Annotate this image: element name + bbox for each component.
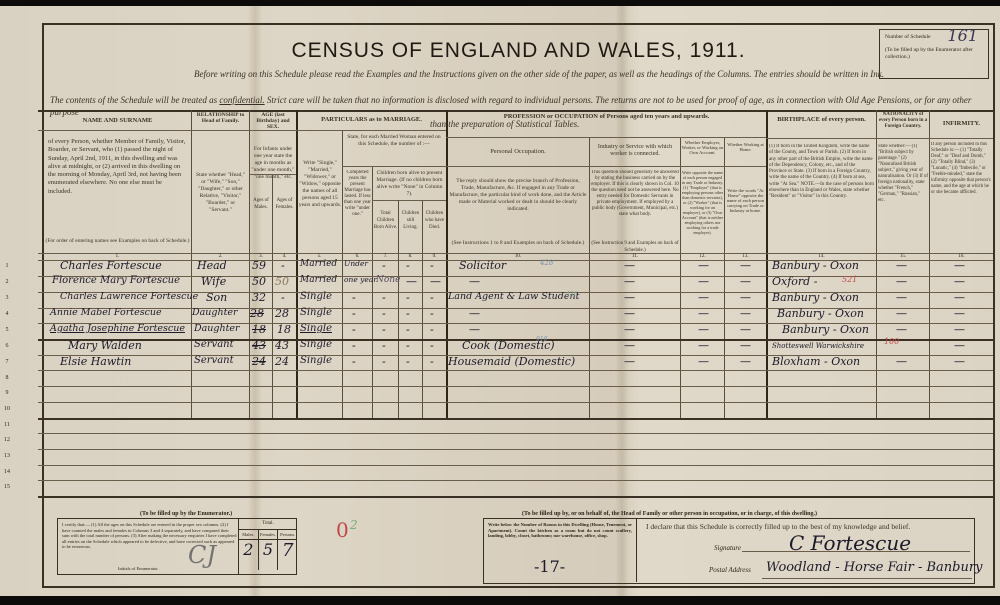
cell-birthplace: Banbury - Oxon	[777, 307, 864, 320]
schedule-number-box: Number of Schedule (To be filled up by t…	[879, 29, 989, 79]
cell-birthplace: Shotteswell Warwickshire	[772, 342, 864, 350]
cell-age-female: 28	[275, 307, 289, 320]
cell-age-female: 43	[275, 339, 289, 352]
document-title: CENSUS OF ENGLAND AND WALES, 1911.	[44, 39, 993, 63]
cell-marital: Single	[300, 291, 332, 302]
cell-birthplace: Banbury - Oxon	[772, 259, 859, 272]
header-marital-desc: Write "Single," "Married," "Widower," or…	[298, 160, 342, 209]
table-row: 1 Charles Fortescue Head 59 - Married Un…	[44, 259, 993, 274]
cell-marital: Married	[300, 275, 337, 285]
header-children-born: Children born alive to present Marriage.…	[373, 170, 446, 198]
cell-birthplace: Bloxham - Oxon	[772, 355, 860, 368]
cell-age-female: 50	[275, 275, 289, 288]
cell-age-male: 50	[252, 275, 266, 288]
cell-occupation: Solicitor	[459, 259, 506, 272]
declaration-text: I declare that this Schedule is correctl…	[646, 522, 910, 531]
header-ages-females: Ages of Females.	[273, 197, 296, 211]
table-row-empty: 13	[44, 449, 993, 464]
table-row-empty: 12	[44, 433, 993, 448]
enumerator-box: I certify that:— (1) All the ages on thi…	[57, 518, 297, 575]
cell-marital: Single	[300, 323, 332, 334]
postal-address-value: Woodland - Horse Fair - Banbury	[766, 560, 982, 575]
rooms-value: -17-	[534, 557, 565, 576]
census-schedule-page: CENSUS OF ENGLAND AND WALES, 1911. Befor…	[0, 6, 1000, 596]
header-personal-occupation-note: (See Instructions 1 to 8 and Examples on…	[449, 240, 587, 247]
header-employer: Whether Employer, Worker, or Working on …	[681, 140, 724, 155]
cell-age-male: 59	[252, 259, 266, 272]
header-years-married: Completed years the present Marriage has…	[343, 170, 372, 218]
initials-value: CJ	[188, 541, 216, 569]
cell-age-female: 18	[277, 323, 291, 336]
occupation-code: 426	[566, 291, 577, 298]
enumerator-heading: (To be filled up by the Enumerator.)	[140, 511, 232, 517]
header-age: AGE (last Birthday) and SEX.	[250, 112, 296, 130]
green-mark: 2	[350, 518, 358, 532]
header-birthplace-desc: (1) If born in the United Kingdom, write…	[769, 144, 874, 201]
header-children-living: Children still Living.	[399, 210, 422, 231]
header-at-home-desc: Write the words "At Home" opposite the n…	[725, 188, 766, 213]
table-row: 7 Elsie Hawtin Servant 24 24 Single - - …	[44, 355, 993, 370]
table-row: 6 Mary Walden Servant 43 43 Single - - -…	[44, 339, 993, 354]
header-name-desc: of every Person, whether Member of Famil…	[44, 138, 191, 248]
table-row: 3 Charles Lawrence Fortescue Son 32 - Si…	[44, 291, 993, 306]
header-at-home: Whether Working at Home.	[725, 142, 766, 152]
header-children-died: Children who have Died.	[423, 210, 446, 231]
householder-heading: (To be filled up by, or on behalf of, th…	[522, 511, 817, 517]
red-mark: 0	[336, 518, 349, 542]
header-relationship-desc: State whether "Head," or "Wife," "Son," …	[194, 172, 247, 214]
birthplace-code: 100	[884, 337, 899, 346]
header-birthplace: BIRTHPLACE of every person.	[767, 116, 876, 123]
cell-years-married: Under	[344, 259, 368, 268]
header-industry-desc: This question should generally be answer…	[591, 170, 679, 218]
cell-name: Annie Mabel Fortescue	[50, 307, 162, 318]
cell-marital: Married	[300, 259, 337, 269]
signature-label: Signature	[714, 544, 741, 552]
cell-age-male: 32	[252, 291, 266, 304]
header-infirmity-desc: If any person included in this Schedule …	[931, 142, 991, 196]
cell-name: Charles Fortescue	[60, 259, 162, 272]
cell-age-female: 24	[275, 355, 289, 368]
cell-relationship: Head	[197, 259, 227, 272]
cell-age-male-struck: 28	[250, 307, 264, 320]
table-row-empty: 14	[44, 465, 993, 480]
header-married-woman: State, for each Married Woman entered on…	[344, 134, 444, 148]
cell-birthplace: Oxford -	[772, 275, 817, 288]
header-personal-occupation: Personal Occupation.	[447, 148, 589, 155]
occupation-code: 428	[540, 259, 553, 267]
cell-years-married: one year	[344, 275, 377, 284]
table-row-empty: 8	[44, 371, 993, 386]
postal-address-label: Postal Address	[709, 566, 751, 574]
header-nationality: NATIONALITY of every Person born in a Fo…	[877, 112, 929, 130]
header-nationality-desc: State whether:— (1) "British subject by …	[878, 144, 928, 204]
cell-name: Florence Mary Fortescue	[52, 275, 180, 286]
birthplace-code: 521	[842, 275, 857, 284]
table-row: 4 Annie Mabel Fortescue Daughter 28 28 S…	[44, 307, 993, 322]
table-row-empty: 11	[44, 418, 993, 433]
header-relationship: RELATIONSHIP to Head of Family.	[192, 112, 249, 124]
schedule-number-value: 161	[947, 32, 978, 39]
total-persons: 7	[278, 540, 297, 570]
cell-birthplace: Banbury - Oxon	[772, 291, 859, 304]
header-infirmity: INFIRMITY.	[930, 120, 993, 127]
cell-occupation: —	[469, 307, 480, 320]
cell-name: Elsie Hawtin	[60, 355, 131, 368]
cell-occupation: Land Agent & Law Student	[448, 291, 579, 302]
header-name: NAME AND SURNAME	[44, 112, 191, 130]
cell-occupation: —	[469, 323, 480, 336]
header-occupation: PROFESSION or OCCUPATION of Persons aged…	[447, 113, 766, 120]
cell-name: Mary Walden	[68, 339, 142, 352]
instruction-line: Before writing on this Schedule please r…	[194, 69, 884, 79]
cell-marital: Single	[300, 307, 332, 318]
header-age-desc: For Infants under one year state the age…	[251, 146, 295, 181]
cell-relationship: Daughter	[194, 323, 240, 334]
header-ages-males: Ages of Males.	[250, 197, 272, 211]
header-employer-desc: Write opposite the name of each person e…	[681, 170, 724, 235]
header-marriage: PARTICULARS as to MARRIAGE.	[297, 116, 446, 123]
occupation-code: 910	[536, 336, 547, 343]
total-males: 2	[239, 540, 259, 570]
cell-name: Agatha Josephine Fortescue	[50, 323, 185, 334]
cell-marital: Single	[300, 339, 332, 350]
table-row: 2 Florence Mary Fortescue Wife 50 50 Mar…	[44, 275, 993, 290]
householder-box: Write below the Number of Rooms in this …	[483, 518, 975, 584]
header-total-children: Total Children Born Alive.	[373, 210, 398, 231]
cell-age-female: -	[281, 291, 285, 304]
cell-marital: Single	[300, 355, 332, 366]
header-industry-note: (See Instruction 9 and Examples on back …	[591, 240, 679, 254]
cell-relationship: Servant	[194, 339, 234, 350]
rooms-instruction: Write below the Number of Rooms in this …	[484, 519, 636, 542]
signature-value: C Fortescue	[789, 531, 911, 555]
cell-relationship: Daughter	[192, 307, 238, 318]
table-row-empty: 15	[44, 480, 993, 495]
cell-occupation: Housemaid (Domestic)	[448, 355, 575, 368]
header-industry: Industry or Service with which worker is…	[590, 144, 680, 158]
header-name-note: (For order of entering names see Example…	[44, 238, 191, 245]
cell-age-female: -	[281, 259, 285, 272]
initials-label: Initials of Enumerator.	[118, 566, 159, 572]
table-row: 5 Agatha Josephine Fortescue Daughter 18…	[44, 323, 993, 338]
cell-occupation: —	[469, 275, 480, 288]
table-row-empty: 9	[44, 386, 993, 401]
cell-age-male-struck: 24	[252, 355, 266, 368]
header-personal-occupation-desc: The reply should show the precise branch…	[449, 178, 587, 213]
cell-birthplace: Banbury - Oxon	[782, 323, 869, 336]
cell-name: Charles Lawrence Fortescue	[60, 291, 198, 302]
cell-age-male-struck: 18	[252, 323, 266, 336]
table-row-empty: 10	[44, 402, 993, 417]
cell-relationship: Servant	[194, 355, 234, 366]
cell-relationship: Wife	[201, 275, 226, 288]
cell-age-male-struck: 43	[252, 339, 266, 352]
cell-relationship: Son	[206, 291, 227, 304]
total-females: 5	[259, 540, 279, 570]
